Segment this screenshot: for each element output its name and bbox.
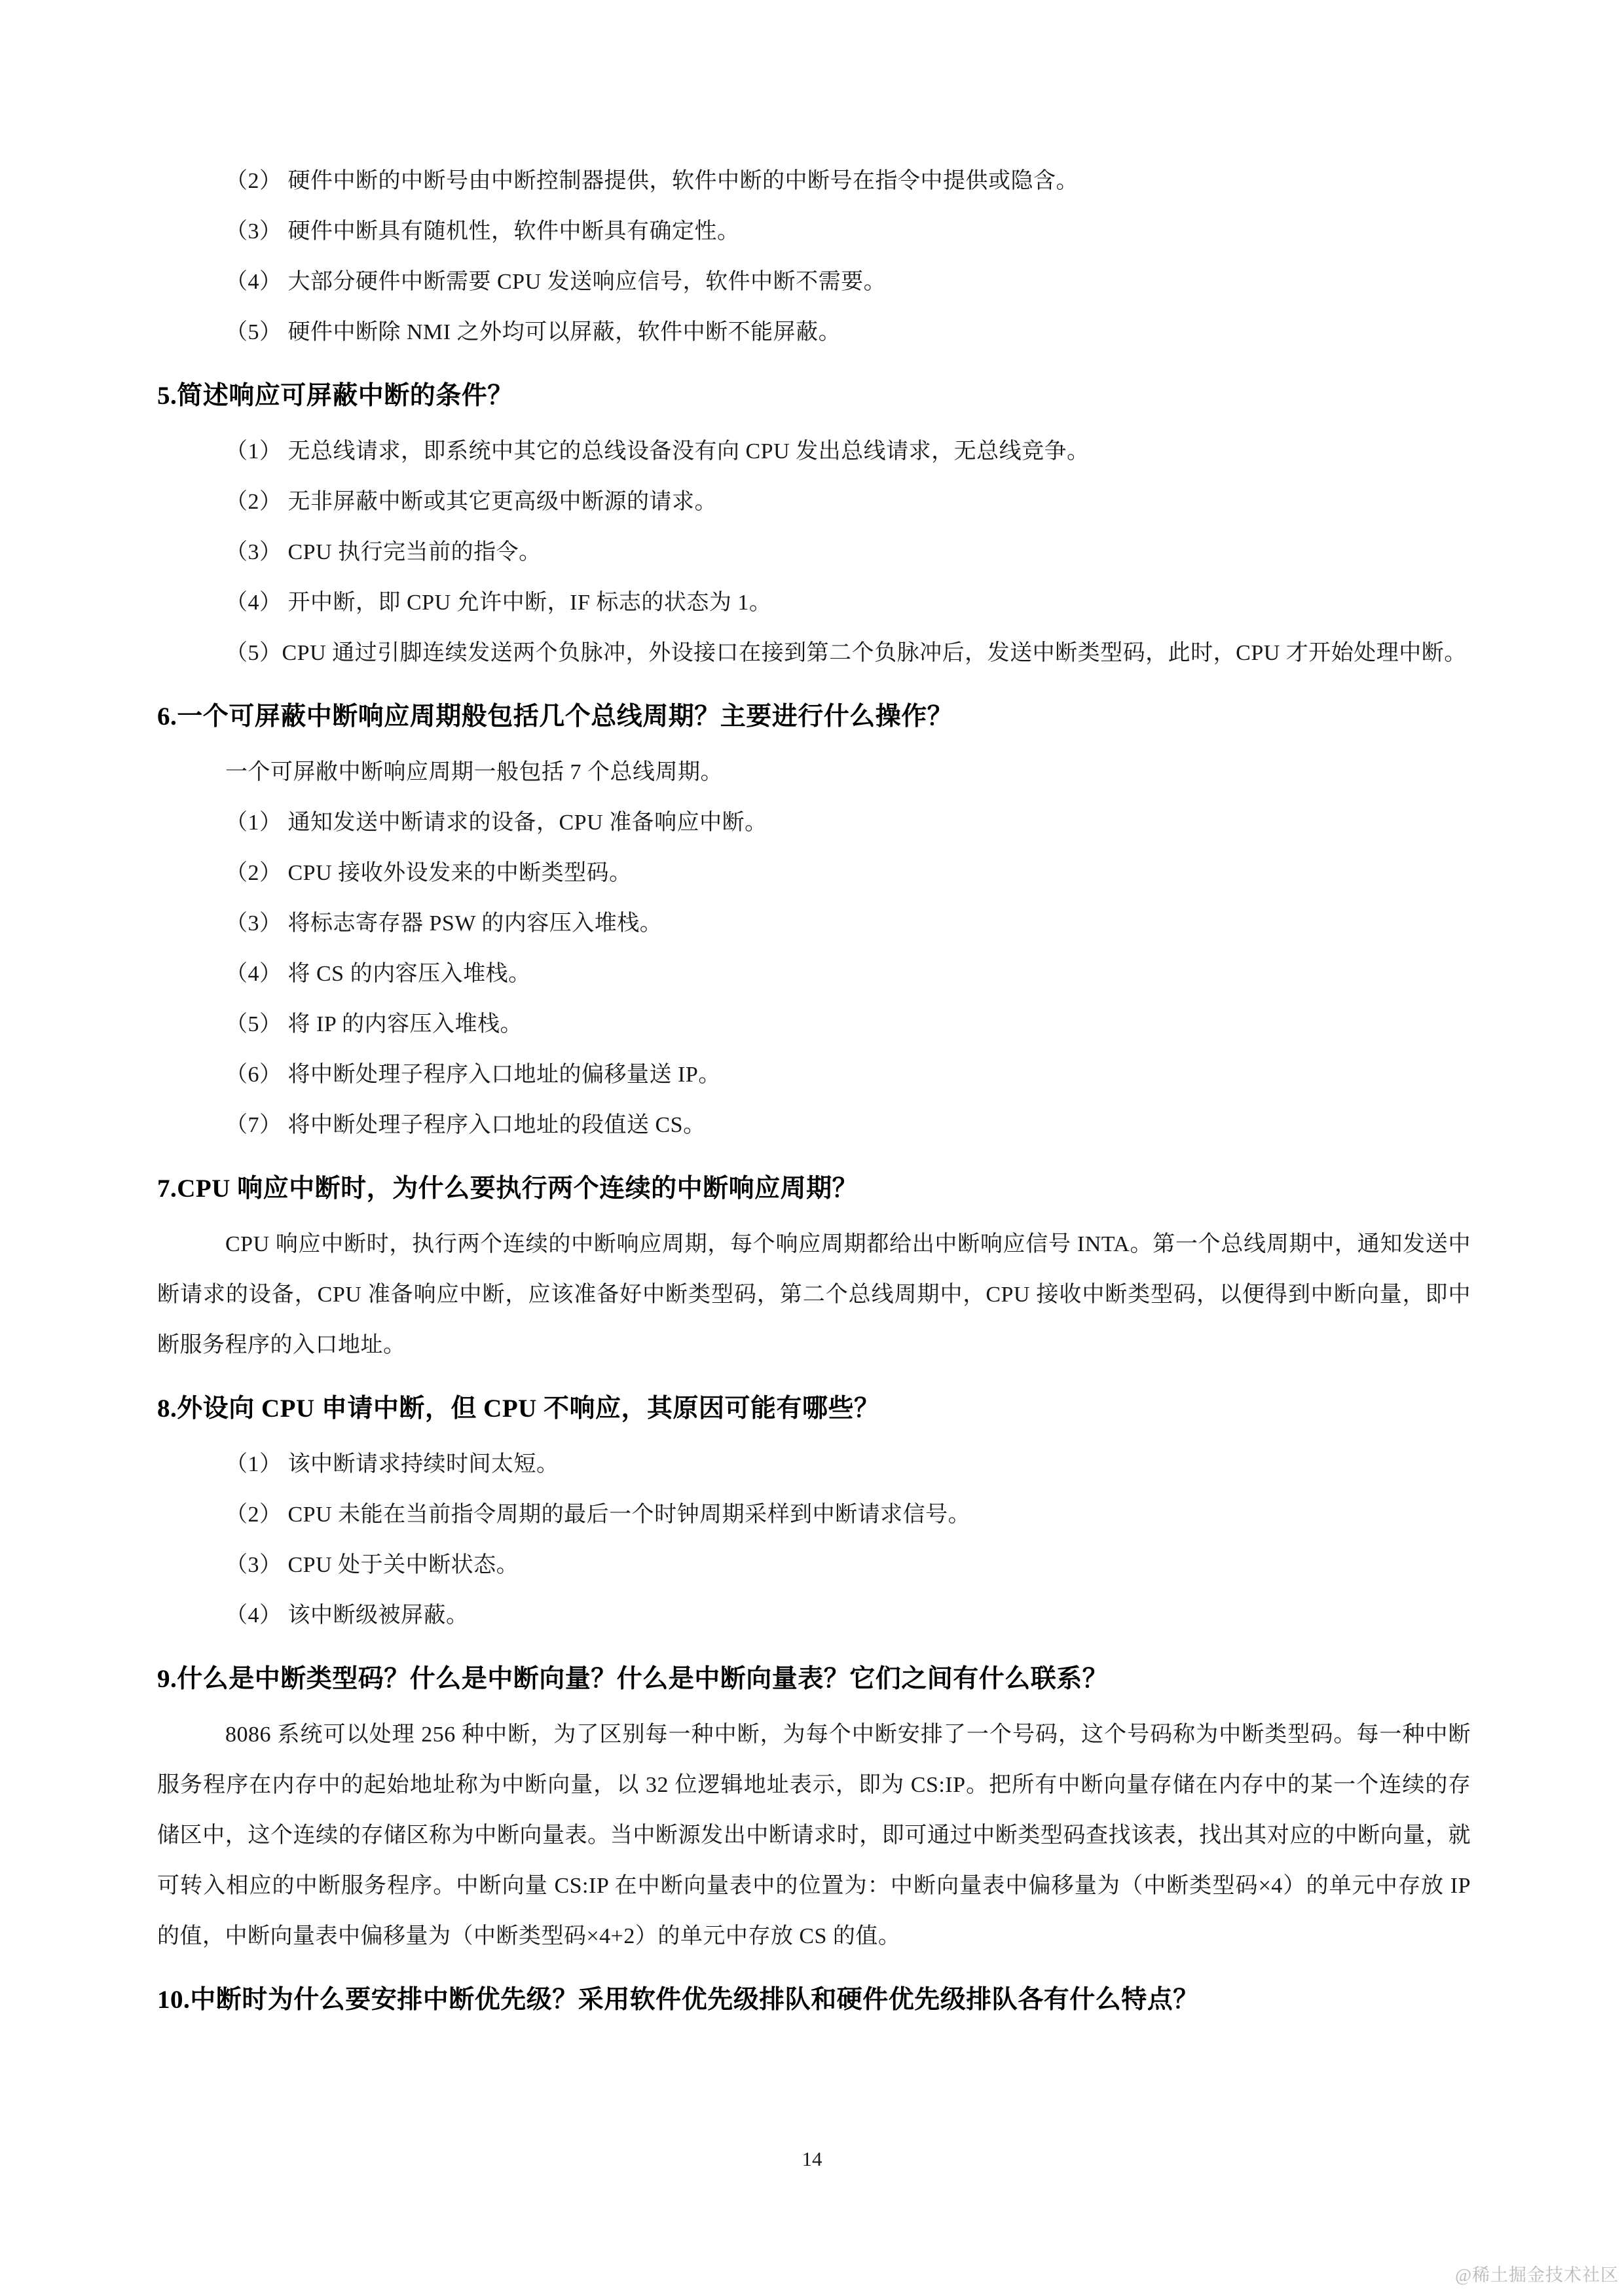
answer-item: （2） 无非屏蔽中断或其它更高级中断源的请求。 bbox=[157, 477, 1471, 527]
answer-item: （5）CPU 通过引脚连续发送两个负脉冲，外设接口在接到第二个负脉冲后，发送中断… bbox=[157, 628, 1471, 678]
document-page: （2） 硬件中断的中断号由中断控制器提供，软件中断的中断号在指令中提供或隐含。 … bbox=[0, 0, 1624, 2296]
answer-item: （1） 无总线请求，即系统中其它的总线设备没有向 CPU 发出总线请求，无总线竞… bbox=[157, 426, 1471, 477]
answer-paragraph: CPU 响应中断时，执行两个连续的中断响应周期，每个响应周期都给出中断响应信号 … bbox=[157, 1219, 1471, 1370]
answer-item: （2） 硬件中断的中断号由中断控制器提供，软件中断的中断号在指令中提供或隐含。 bbox=[157, 156, 1471, 206]
answer-lead: 一个可屏敝中断响应周期一般包括 7 个总线周期。 bbox=[157, 747, 1471, 797]
question-heading-10: 10.中断时为什么要安排中断优先级？采用软件优先级排队和硬件优先级排队各有什么特… bbox=[157, 1975, 1471, 2025]
answer-item: （1） 通知发送中断请求的设备，CPU 准备响应中断。 bbox=[157, 797, 1471, 848]
answer-item: （4） 该中断级被屏蔽。 bbox=[157, 1590, 1471, 1641]
answer-item: （5） 硬件中断除 NMI 之外均可以屏蔽，软件中断不能屏蔽。 bbox=[157, 307, 1471, 357]
question-heading-7: 7.CPU 响应中断时，为什么要执行两个连续的中断响应周期？ bbox=[157, 1163, 1471, 1214]
question-heading-8: 8.外设向 CPU 申请中断，但 CPU 不响应，其原因可能有哪些？ bbox=[157, 1383, 1471, 1434]
answer-item: （7） 将中断处理子程序入口地址的段值送 CS。 bbox=[157, 1100, 1471, 1150]
question-heading-9: 9.什么是中断类型码？什么是中断向量？什么是中断向量表？它们之间有什么联系？ bbox=[157, 1654, 1471, 1704]
answer-item: （4） 大部分硬件中断需要 CPU 发送响应信号，软件中断不需要。 bbox=[157, 257, 1471, 307]
answer-item: （5） 将 IP 的内容压入堆栈。 bbox=[157, 999, 1471, 1049]
answer-item: （3） CPU 执行完当前的指令。 bbox=[157, 527, 1471, 577]
answer-item: （4） 将 CS 的内容压入堆栈。 bbox=[157, 949, 1471, 999]
answer-item: （1） 该中断请求持续时间太短。 bbox=[157, 1439, 1471, 1489]
page-content: （2） 硬件中断的中断号由中断控制器提供，软件中断的中断号在指令中提供或隐含。 … bbox=[157, 156, 1471, 2030]
question-heading-6: 6.一个可屏蔽中断响应周期般包括几个总线周期？主要进行什么操作？ bbox=[157, 691, 1471, 742]
answer-item: （3） 硬件中断具有随机性，软件中断具有确定性。 bbox=[157, 206, 1471, 257]
question-heading-5: 5.简述响应可屏蔽中断的条件？ bbox=[157, 371, 1471, 421]
answer-item: （2） CPU 接收外设发来的中断类型码。 bbox=[157, 848, 1471, 898]
answer-item: （4） 开中断，即 CPU 允许中断，IF 标志的状态为 1。 bbox=[157, 577, 1471, 628]
answer-paragraph: 8086 系统可以处理 256 种中断，为了区别每一种中断，为每个中断安排了一个… bbox=[157, 1709, 1471, 1961]
page-number: 14 bbox=[0, 2147, 1624, 2171]
watermark: @稀土掘金技术社区 bbox=[1455, 2261, 1619, 2286]
answer-item: （3） CPU 处于关中断状态。 bbox=[157, 1540, 1471, 1590]
answer-item: （2） CPU 未能在当前指令周期的最后一个时钟周期采样到中断请求信号。 bbox=[157, 1489, 1471, 1540]
answer-item: （3） 将标志寄存器 PSW 的内容压入堆栈。 bbox=[157, 898, 1471, 949]
answer-item: （6） 将中断处理子程序入口地址的偏移量送 IP。 bbox=[157, 1049, 1471, 1100]
